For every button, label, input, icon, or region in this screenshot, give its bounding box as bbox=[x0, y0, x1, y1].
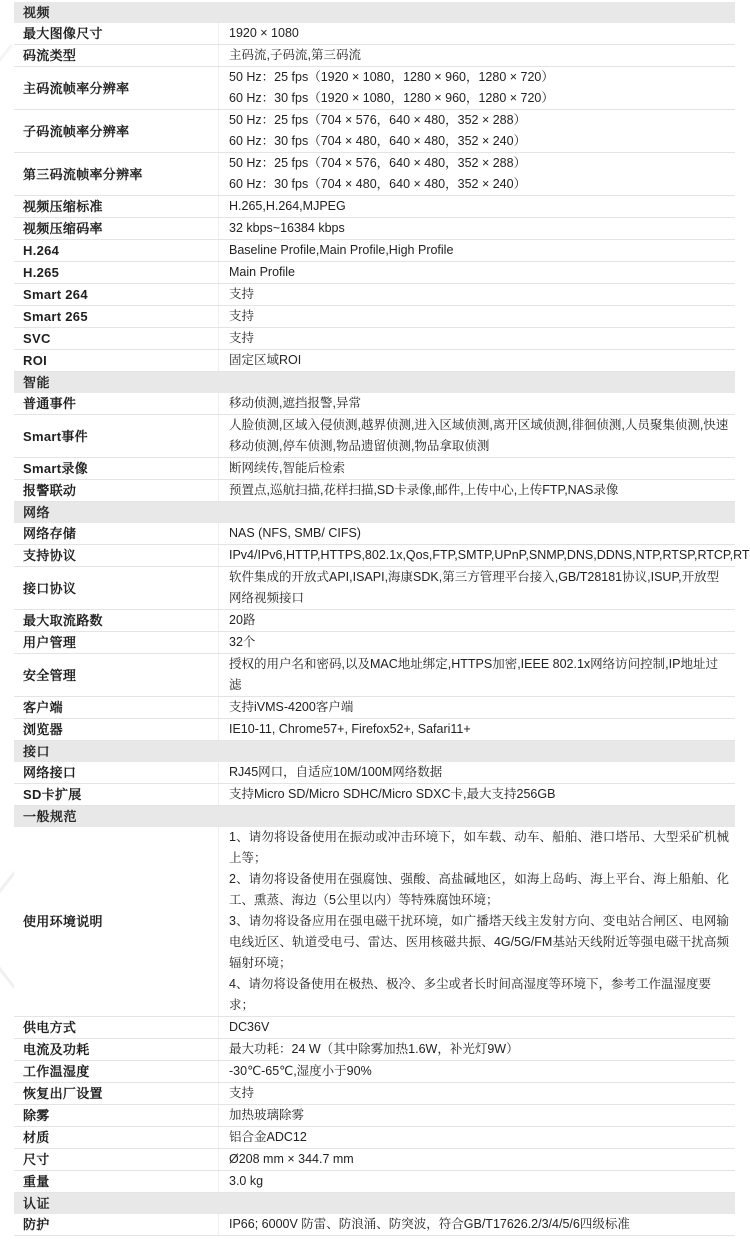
value-line: 1、请勿将设备使用在振动或冲击环境下，如车载、动车、船舶、港口塔吊、大型采矿机械… bbox=[229, 827, 729, 869]
row-label: 视频压缩标准 bbox=[14, 196, 219, 217]
value-line: 主码流,子码流,第三码流 bbox=[229, 45, 729, 66]
row-label: 普通事件 bbox=[14, 393, 219, 414]
row-value: RJ45网口，自适应10M/100M网络数据 bbox=[219, 762, 735, 783]
table-row: 最大取流路数20路 bbox=[14, 610, 735, 632]
row-value: 最大功耗：24 W（其中除雾加热1.6W，补光灯9W） bbox=[219, 1039, 735, 1060]
table-row: 安全管理授权的用户名和密码,以及MAC地址绑定,HTTPS加密,IEEE 802… bbox=[14, 654, 735, 697]
row-label: 主码流帧率分辨率 bbox=[14, 67, 219, 109]
row-value: NAS (NFS, SMB/ CIFS) bbox=[219, 523, 735, 544]
row-label: SD卡扩展 bbox=[14, 784, 219, 805]
row-value: 加热玻璃除雾 bbox=[219, 1105, 735, 1126]
table-row: 除雾加热玻璃除雾 bbox=[14, 1105, 735, 1127]
row-value: IE10-11, Chrome57+, Firefox52+, Safari11… bbox=[219, 719, 735, 740]
value-line: 50 Hz：25 fps（704 × 576，640 × 480，352 × 2… bbox=[229, 153, 729, 174]
table-row: SVC支持 bbox=[14, 328, 735, 350]
row-value: 断网续传,智能后检索 bbox=[219, 458, 735, 479]
table-row: 报警联动预置点,巡航扫描,花样扫描,SD卡录像,邮件,上传中心,上传FTP,NA… bbox=[14, 480, 735, 502]
row-value: 支持iVMS-4200客户端 bbox=[219, 697, 735, 718]
row-value: Baseline Profile,Main Profile,High Profi… bbox=[219, 240, 735, 261]
row-label: 恢复出厂设置 bbox=[14, 1083, 219, 1104]
row-label: 工作温湿度 bbox=[14, 1061, 219, 1082]
table-row: 重量3.0 kg bbox=[14, 1171, 735, 1193]
row-label: 尺寸 bbox=[14, 1149, 219, 1170]
value-line: IE10-11, Chrome57+, Firefox52+, Safari11… bbox=[229, 719, 729, 740]
section-header: 智能 bbox=[14, 372, 735, 393]
row-label: 用户管理 bbox=[14, 632, 219, 653]
table-row: Smart录像断网续传,智能后检索 bbox=[14, 458, 735, 480]
table-row: 工作温湿度-30℃-65℃,湿度小于90% bbox=[14, 1061, 735, 1083]
row-value: 支持 bbox=[219, 284, 735, 305]
row-label: 支持协议 bbox=[14, 545, 219, 566]
row-label: 第三码流帧率分辨率 bbox=[14, 153, 219, 195]
row-value: IP66; 6000V 防雷、防浪涌、防突波，符合GB/T17626.2/3/4… bbox=[219, 1214, 735, 1235]
row-label: 视频压缩码率 bbox=[14, 218, 219, 239]
value-line: 断网续传,智能后检索 bbox=[229, 458, 729, 479]
table-row: 恢复出厂设置支持 bbox=[14, 1083, 735, 1105]
section-header: 认证 bbox=[14, 1193, 735, 1214]
value-line: NAS (NFS, SMB/ CIFS) bbox=[229, 523, 729, 544]
value-line: 固定区域ROI bbox=[229, 350, 729, 371]
spec-table: 视频最大图像尺寸1920 × 1080码流类型主码流,子码流,第三码流主码流帧率… bbox=[14, 2, 735, 1236]
row-value: 主码流,子码流,第三码流 bbox=[219, 45, 735, 66]
row-label: 除雾 bbox=[14, 1105, 219, 1126]
value-line: 预置点,巡航扫描,花样扫描,SD卡录像,邮件,上传中心,上传FTP,NAS录像 bbox=[229, 480, 729, 501]
value-line: DC36V bbox=[229, 1017, 729, 1038]
value-line: H.265,H.264,MJPEG bbox=[229, 196, 729, 217]
row-value: 固定区域ROI bbox=[219, 350, 735, 371]
table-row: 用户管理32个 bbox=[14, 632, 735, 654]
row-value: 32 kbps~16384 kbps bbox=[219, 218, 735, 239]
value-line: 铝合金ADC12 bbox=[229, 1127, 729, 1148]
value-line: RJ45网口，自适应10M/100M网络数据 bbox=[229, 762, 729, 783]
value-line: 50 Hz：25 fps（1920 × 1080，1280 × 960，1280… bbox=[229, 67, 729, 88]
table-row: ROI固定区域ROI bbox=[14, 350, 735, 372]
row-label: 防护 bbox=[14, 1214, 219, 1235]
row-value: 3.0 kg bbox=[219, 1171, 735, 1192]
row-value: 软件集成的开放式API,ISAPI,海康SDK,第三方管理平台接入,GB/T28… bbox=[219, 567, 735, 609]
table-row: 网络存储NAS (NFS, SMB/ CIFS) bbox=[14, 523, 735, 545]
section-header: 一般规范 bbox=[14, 806, 735, 827]
row-value: -30℃-65℃,湿度小于90% bbox=[219, 1061, 735, 1082]
table-row: 电流及功耗最大功耗：24 W（其中除雾加热1.6W，补光灯9W） bbox=[14, 1039, 735, 1061]
row-label: 电流及功耗 bbox=[14, 1039, 219, 1060]
table-row: 视频压缩标准H.265,H.264,MJPEG bbox=[14, 196, 735, 218]
value-line: 移动侦测,遮挡报警,异常 bbox=[229, 393, 729, 414]
row-value: 授权的用户名和密码,以及MAC地址绑定,HTTPS加密,IEEE 802.1x网… bbox=[219, 654, 735, 696]
table-row: 客户端支持iVMS-4200客户端 bbox=[14, 697, 735, 719]
spec-page: 视频最大图像尺寸1920 × 1080码流类型主码流,子码流,第三码流主码流帧率… bbox=[0, 0, 750, 1257]
row-value: DC36V bbox=[219, 1017, 735, 1038]
row-label: 客户端 bbox=[14, 697, 219, 718]
value-line: 最大功耗：24 W（其中除雾加热1.6W，补光灯9W） bbox=[229, 1039, 729, 1060]
row-label: H.265 bbox=[14, 262, 219, 283]
row-value: 1920 × 1080 bbox=[219, 23, 735, 44]
row-value: 预置点,巡航扫描,花样扫描,SD卡录像,邮件,上传中心,上传FTP,NAS录像 bbox=[219, 480, 735, 501]
table-row: 尺寸Ø208 mm × 344.7 mm bbox=[14, 1149, 735, 1171]
row-label: SVC bbox=[14, 328, 219, 349]
table-row: 第三码流帧率分辨率50 Hz：25 fps（704 × 576，640 × 48… bbox=[14, 153, 735, 196]
value-line: 加热玻璃除雾 bbox=[229, 1105, 729, 1126]
row-value: H.265,H.264,MJPEG bbox=[219, 196, 735, 217]
row-label: 网络接口 bbox=[14, 762, 219, 783]
row-label: 报警联动 bbox=[14, 480, 219, 501]
table-row: Smart 264支持 bbox=[14, 284, 735, 306]
row-value: Main Profile bbox=[219, 262, 735, 283]
value-line: Ø208 mm × 344.7 mm bbox=[229, 1149, 729, 1170]
table-row: 最大图像尺寸1920 × 1080 bbox=[14, 23, 735, 45]
value-line: -30℃-65℃,湿度小于90% bbox=[229, 1061, 729, 1082]
value-line: 50 Hz：25 fps（704 × 576，640 × 480，352 × 2… bbox=[229, 110, 729, 131]
value-line: 支持 bbox=[229, 1083, 729, 1104]
value-line: 授权的用户名和密码,以及MAC地址绑定,HTTPS加密,IEEE 802.1x网… bbox=[229, 654, 729, 696]
row-label: 接口协议 bbox=[14, 567, 219, 609]
table-row: Smart 265支持 bbox=[14, 306, 735, 328]
table-row: 视频压缩码率32 kbps~16384 kbps bbox=[14, 218, 735, 240]
section-header: 接口 bbox=[14, 741, 735, 762]
row-label: Smart录像 bbox=[14, 458, 219, 479]
row-value: 50 Hz：25 fps（704 × 576，640 × 480，352 × 2… bbox=[219, 153, 735, 195]
table-row: 普通事件移动侦测,遮挡报警,异常 bbox=[14, 393, 735, 415]
row-value: 20路 bbox=[219, 610, 735, 631]
row-value: 50 Hz：25 fps（704 × 576，640 × 480，352 × 2… bbox=[219, 110, 735, 152]
value-line: 支持 bbox=[229, 306, 729, 327]
row-value: 32个 bbox=[219, 632, 735, 653]
row-value: 人脸侦测,区域入侵侦测,越界侦测,进入区域侦测,离开区域侦测,徘徊侦测,人员聚集… bbox=[219, 415, 735, 457]
value-line: 60 Hz：30 fps（704 × 480，640 × 480，352 × 2… bbox=[229, 131, 729, 152]
value-line: 32个 bbox=[229, 632, 729, 653]
table-row: 供电方式DC36V bbox=[14, 1017, 735, 1039]
table-row: H.264Baseline Profile,Main Profile,High … bbox=[14, 240, 735, 262]
table-row: 防护IP66; 6000V 防雷、防浪涌、防突波，符合GB/T17626.2/3… bbox=[14, 1214, 735, 1236]
row-value: Ø208 mm × 344.7 mm bbox=[219, 1149, 735, 1170]
row-label: 使用环境说明 bbox=[14, 827, 219, 1016]
row-label: 子码流帧率分辨率 bbox=[14, 110, 219, 152]
value-line: 支持iVMS-4200客户端 bbox=[229, 697, 729, 718]
table-row: SD卡扩展支持Micro SD/Micro SDHC/Micro SDXC卡,最… bbox=[14, 784, 735, 806]
value-line: 支持 bbox=[229, 284, 729, 305]
value-line: IP66; 6000V 防雷、防浪涌、防突波，符合GB/T17626.2/3/4… bbox=[229, 1214, 729, 1235]
value-line: 3、请勿将设备应用在强电磁干扰环境，如广播塔天线主发射方向、变电站合闸区、电网输… bbox=[229, 911, 729, 974]
value-line: 4、请勿将设备使用在极热、极冷、多尘或者长时间高湿度等环境下，参考工作温湿度要求… bbox=[229, 974, 729, 1016]
row-label: Smart 264 bbox=[14, 284, 219, 305]
section-header: 网络 bbox=[14, 502, 735, 523]
section-header: 视频 bbox=[14, 2, 735, 23]
value-line: 支持Micro SD/Micro SDHC/Micro SDXC卡,最大支持25… bbox=[229, 784, 729, 805]
value-line: 3.0 kg bbox=[229, 1171, 729, 1192]
row-label: ROI bbox=[14, 350, 219, 371]
row-value: 1、请勿将设备使用在振动或冲击环境下，如车载、动车、船舶、港口塔吊、大型采矿机械… bbox=[219, 827, 735, 1016]
row-value: 移动侦测,遮挡报警,异常 bbox=[219, 393, 735, 414]
row-value: 支持Micro SD/Micro SDHC/Micro SDXC卡,最大支持25… bbox=[219, 784, 735, 805]
row-value: 支持 bbox=[219, 306, 735, 327]
value-line: 32 kbps~16384 kbps bbox=[229, 218, 729, 239]
value-line: 20路 bbox=[229, 610, 729, 631]
row-label: 重量 bbox=[14, 1171, 219, 1192]
value-line: Baseline Profile,Main Profile,High Profi… bbox=[229, 240, 729, 261]
row-label: 网络存储 bbox=[14, 523, 219, 544]
table-row: 码流类型主码流,子码流,第三码流 bbox=[14, 45, 735, 67]
table-row: 网络接口RJ45网口，自适应10M/100M网络数据 bbox=[14, 762, 735, 784]
table-row: 使用环境说明1、请勿将设备使用在振动或冲击环境下，如车载、动车、船舶、港口塔吊、… bbox=[14, 827, 735, 1017]
table-row: Smart事件人脸侦测,区域入侵侦测,越界侦测,进入区域侦测,离开区域侦测,徘徊… bbox=[14, 415, 735, 458]
table-row: 子码流帧率分辨率50 Hz：25 fps（704 × 576，640 × 480… bbox=[14, 110, 735, 153]
row-label: 最大取流路数 bbox=[14, 610, 219, 631]
row-label: H.264 bbox=[14, 240, 219, 261]
value-line: 2、请勿将设备使用在强腐蚀、强酸、高盐碱地区，如海上岛屿、海上平台、海上船舶、化… bbox=[229, 869, 729, 911]
table-row: 材质铝合金ADC12 bbox=[14, 1127, 735, 1149]
row-label: 最大图像尺寸 bbox=[14, 23, 219, 44]
value-line: IPv4/IPv6,HTTP,HTTPS,802.1x,Qos,FTP,SMTP… bbox=[229, 545, 729, 566]
value-line: 60 Hz：30 fps（1920 × 1080，1280 × 960，1280… bbox=[229, 88, 729, 109]
row-value: 支持 bbox=[219, 328, 735, 349]
row-label: 安全管理 bbox=[14, 654, 219, 696]
row-label: Smart 265 bbox=[14, 306, 219, 327]
row-label: 浏览器 bbox=[14, 719, 219, 740]
table-row: 接口协议软件集成的开放式API,ISAPI,海康SDK,第三方管理平台接入,GB… bbox=[14, 567, 735, 610]
row-label: Smart事件 bbox=[14, 415, 219, 457]
row-label: 码流类型 bbox=[14, 45, 219, 66]
table-row: H.265Main Profile bbox=[14, 262, 735, 284]
value-line: 软件集成的开放式API,ISAPI,海康SDK,第三方管理平台接入,GB/T28… bbox=[229, 567, 729, 609]
row-value: 铝合金ADC12 bbox=[219, 1127, 735, 1148]
value-line: 60 Hz：30 fps（704 × 480，640 × 480，352 × 2… bbox=[229, 174, 729, 195]
row-label: 材质 bbox=[14, 1127, 219, 1148]
table-row: 主码流帧率分辨率50 Hz：25 fps（1920 × 1080，1280 × … bbox=[14, 67, 735, 110]
table-row: 浏览器IE10-11, Chrome57+, Firefox52+, Safar… bbox=[14, 719, 735, 741]
watermark-stroke bbox=[0, 44, 13, 82]
value-line: Main Profile bbox=[229, 262, 729, 283]
value-line: 支持 bbox=[229, 328, 729, 349]
value-line: 1920 × 1080 bbox=[229, 23, 729, 44]
row-value: IPv4/IPv6,HTTP,HTTPS,802.1x,Qos,FTP,SMTP… bbox=[219, 545, 735, 566]
row-value: 支持 bbox=[219, 1083, 735, 1104]
table-row: 支持协议IPv4/IPv6,HTTP,HTTPS,802.1x,Qos,FTP,… bbox=[14, 545, 735, 567]
row-value: 50 Hz：25 fps（1920 × 1080，1280 × 960，1280… bbox=[219, 67, 735, 109]
row-label: 供电方式 bbox=[14, 1017, 219, 1038]
value-line: 人脸侦测,区域入侵侦测,越界侦测,进入区域侦测,离开区域侦测,徘徊侦测,人员聚集… bbox=[229, 415, 729, 457]
